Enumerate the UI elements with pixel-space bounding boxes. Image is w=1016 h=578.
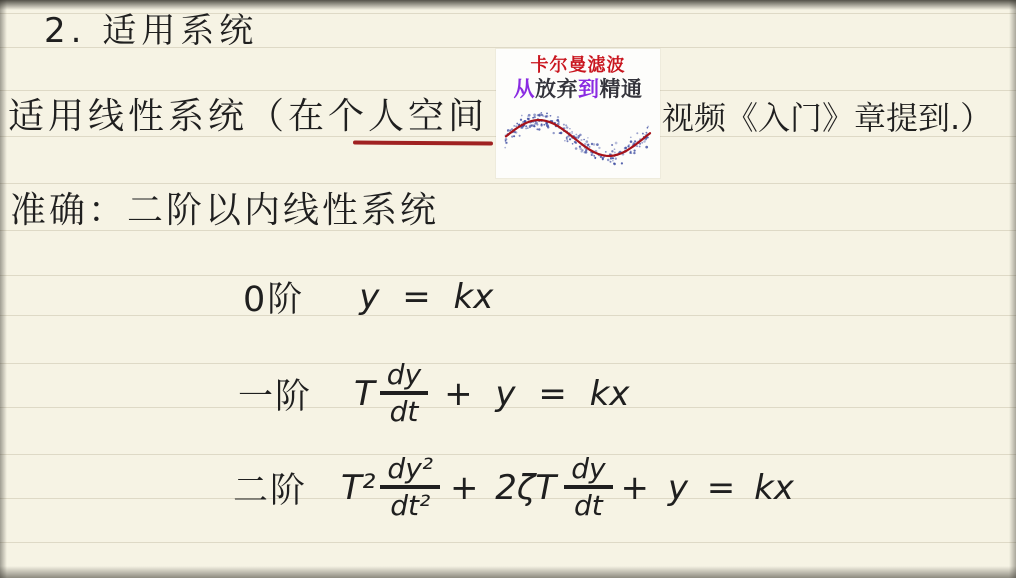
frame-edge-left [0, 0, 7, 578]
note-line2-before: 适用线性系统（在 [8, 96, 328, 137]
note-line2-underlined-term: 个人空间 [328, 96, 488, 137]
subtitle-part: 放弃 [535, 77, 578, 101]
fraction-numerator: dy [380, 360, 428, 395]
frame-edge-right [1009, 0, 1016, 578]
equation-first-order-label: 一阶 [238, 369, 312, 419]
note-line3: 准确：二阶以内线性系统 [10, 190, 439, 231]
equation-first-order-coefficient: T [354, 374, 375, 414]
equation-first-order: 一阶 T dy dt + y = kx [238, 352, 629, 436]
fraction-denominator: dt² [390, 489, 430, 522]
fraction-denominator: dt [574, 489, 603, 522]
ruled-line [0, 275, 1016, 276]
thumbnail-title: 卡尔曼滤波 [531, 56, 626, 76]
equation-second-order-coefficient: T² [341, 468, 375, 508]
subtitle-part: 到 [578, 77, 600, 101]
ruled-line [0, 183, 1016, 184]
equation-zero-order: 0阶 y = kx [243, 268, 493, 326]
frame-edge-bottom [0, 566, 1016, 578]
equation-zero-order-label: 0阶 [243, 272, 304, 322]
note-line2-right: 视频《入门》章提到.） [662, 100, 992, 137]
subtitle-part: 从 [514, 77, 536, 101]
equation-second-order-label: 二阶 [233, 463, 307, 513]
ruled-line [0, 542, 1016, 543]
red-underline [353, 141, 493, 146]
note-line2-left: 适用线性系统（在个人空间 [8, 96, 488, 137]
video-thumbnail: 卡尔曼滤波 从放弃到精通 [496, 49, 660, 178]
subtitle-part: 精通 [600, 77, 643, 101]
derivative-fraction: dy dt [380, 360, 428, 428]
derivative-fraction: dy dt [564, 454, 612, 522]
equation-second-order: 二阶 T² dy² dt² + 2ζT dy dt + y = kx [233, 440, 794, 536]
note-page: { "colors": { "background": "#f6f3e4", "… [0, 0, 1016, 578]
fraction-numerator: dy² [380, 454, 440, 489]
note-heading: 2. 适用系统 [44, 12, 258, 51]
equation-second-order-rest: + y = kx [621, 468, 794, 508]
fraction-numerator: dy [564, 454, 612, 489]
second-derivative-fraction: dy² dt² [380, 454, 440, 522]
equation-first-order-rest: + y = kx [444, 374, 629, 414]
equation-second-order-damping-term: + 2ζT [450, 468, 556, 508]
equation-zero-order-body: y = kx [359, 277, 493, 317]
fraction-denominator: dt [390, 395, 419, 428]
noisy-sine-scatter-plot [502, 104, 654, 170]
frame-edge-top [0, 0, 1016, 10]
ruled-line [0, 315, 1016, 316]
thumbnail-subtitle: 从放弃到精通 [514, 77, 643, 101]
